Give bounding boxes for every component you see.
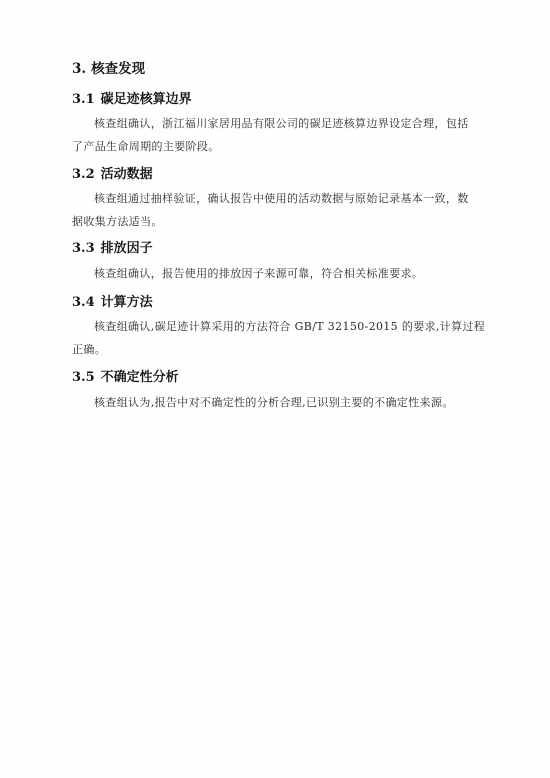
subsection-heading-3-3: 3.3排放因子 [72,241,153,257]
paragraph-line: 正确。 [72,339,476,362]
paragraph-3-4: 核查组确认,碳足迹计算采用的方法符合 GB/T 32150-2015 的要求,计… [72,316,476,361]
subsection-heading-3-4: 3.4计算方法 [72,295,153,311]
subsection-title: 计算方法 [101,295,153,310]
paragraph-line: 核查组通过抽样验证，确认报告中使用的活动数据与原始记录基本一致，数 [72,188,476,211]
paragraph-line: 据收集方法适当。 [72,211,476,234]
paragraph-line: 核查组确认，报告使用的排放因子来源可靠，符合相关标准要求。 [72,263,476,286]
section-title: 核查发现 [91,61,145,77]
subsection-number: 3.2 [72,167,95,182]
subsection-heading-3-5: 3.5不确定性分析 [72,370,179,386]
subsection-title: 碳足迹核算边界 [101,92,192,107]
subsection-title: 排放因子 [101,241,153,256]
paragraph-line: 了产品生命周期的主要阶段。 [72,136,476,159]
subsection-title: 活动数据 [101,167,153,182]
subsection-title: 不确定性分析 [101,370,179,385]
subsection-heading-3-1: 3.1碳足迹核算边界 [72,92,192,108]
paragraph-3-3: 核查组确认，报告使用的排放因子来源可靠，符合相关标准要求。 [72,263,476,286]
subsection-number: 3.5 [72,370,95,385]
paragraph-line: 核查组确认,碳足迹计算采用的方法符合 GB/T 32150-2015 的要求,计… [72,316,476,339]
section-number: 3. [72,61,86,77]
subsection-heading-3-2: 3.2活动数据 [72,167,153,183]
subsection-number: 3.1 [72,92,95,107]
paragraph-3-2: 核查组通过抽样验证，确认报告中使用的活动数据与原始记录基本一致，数 据收集方法适… [72,188,476,233]
paragraph-3-1: 核查组确认，浙江福川家居用品有限公司的碳足迹核算边界设定合理，包括 了产品生命周… [72,113,476,158]
subsection-number: 3.3 [72,241,95,256]
subsection-number: 3.4 [72,295,95,310]
paragraph-line: 核查组确认，浙江福川家居用品有限公司的碳足迹核算边界设定合理，包括 [72,113,476,136]
paragraph-3-5: 核查组认为,报告中对不确定性的分析合理,已识别主要的不确定性来源。 [72,392,476,415]
document-page: 3.核查发现 3.1碳足迹核算边界 核查组确认，浙江福川家居用品有限公司的碳足迹… [0,0,550,778]
paragraph-line: 核查组认为,报告中对不确定性的分析合理,已识别主要的不确定性来源。 [72,392,476,415]
section-heading: 3.核查发现 [72,61,145,77]
